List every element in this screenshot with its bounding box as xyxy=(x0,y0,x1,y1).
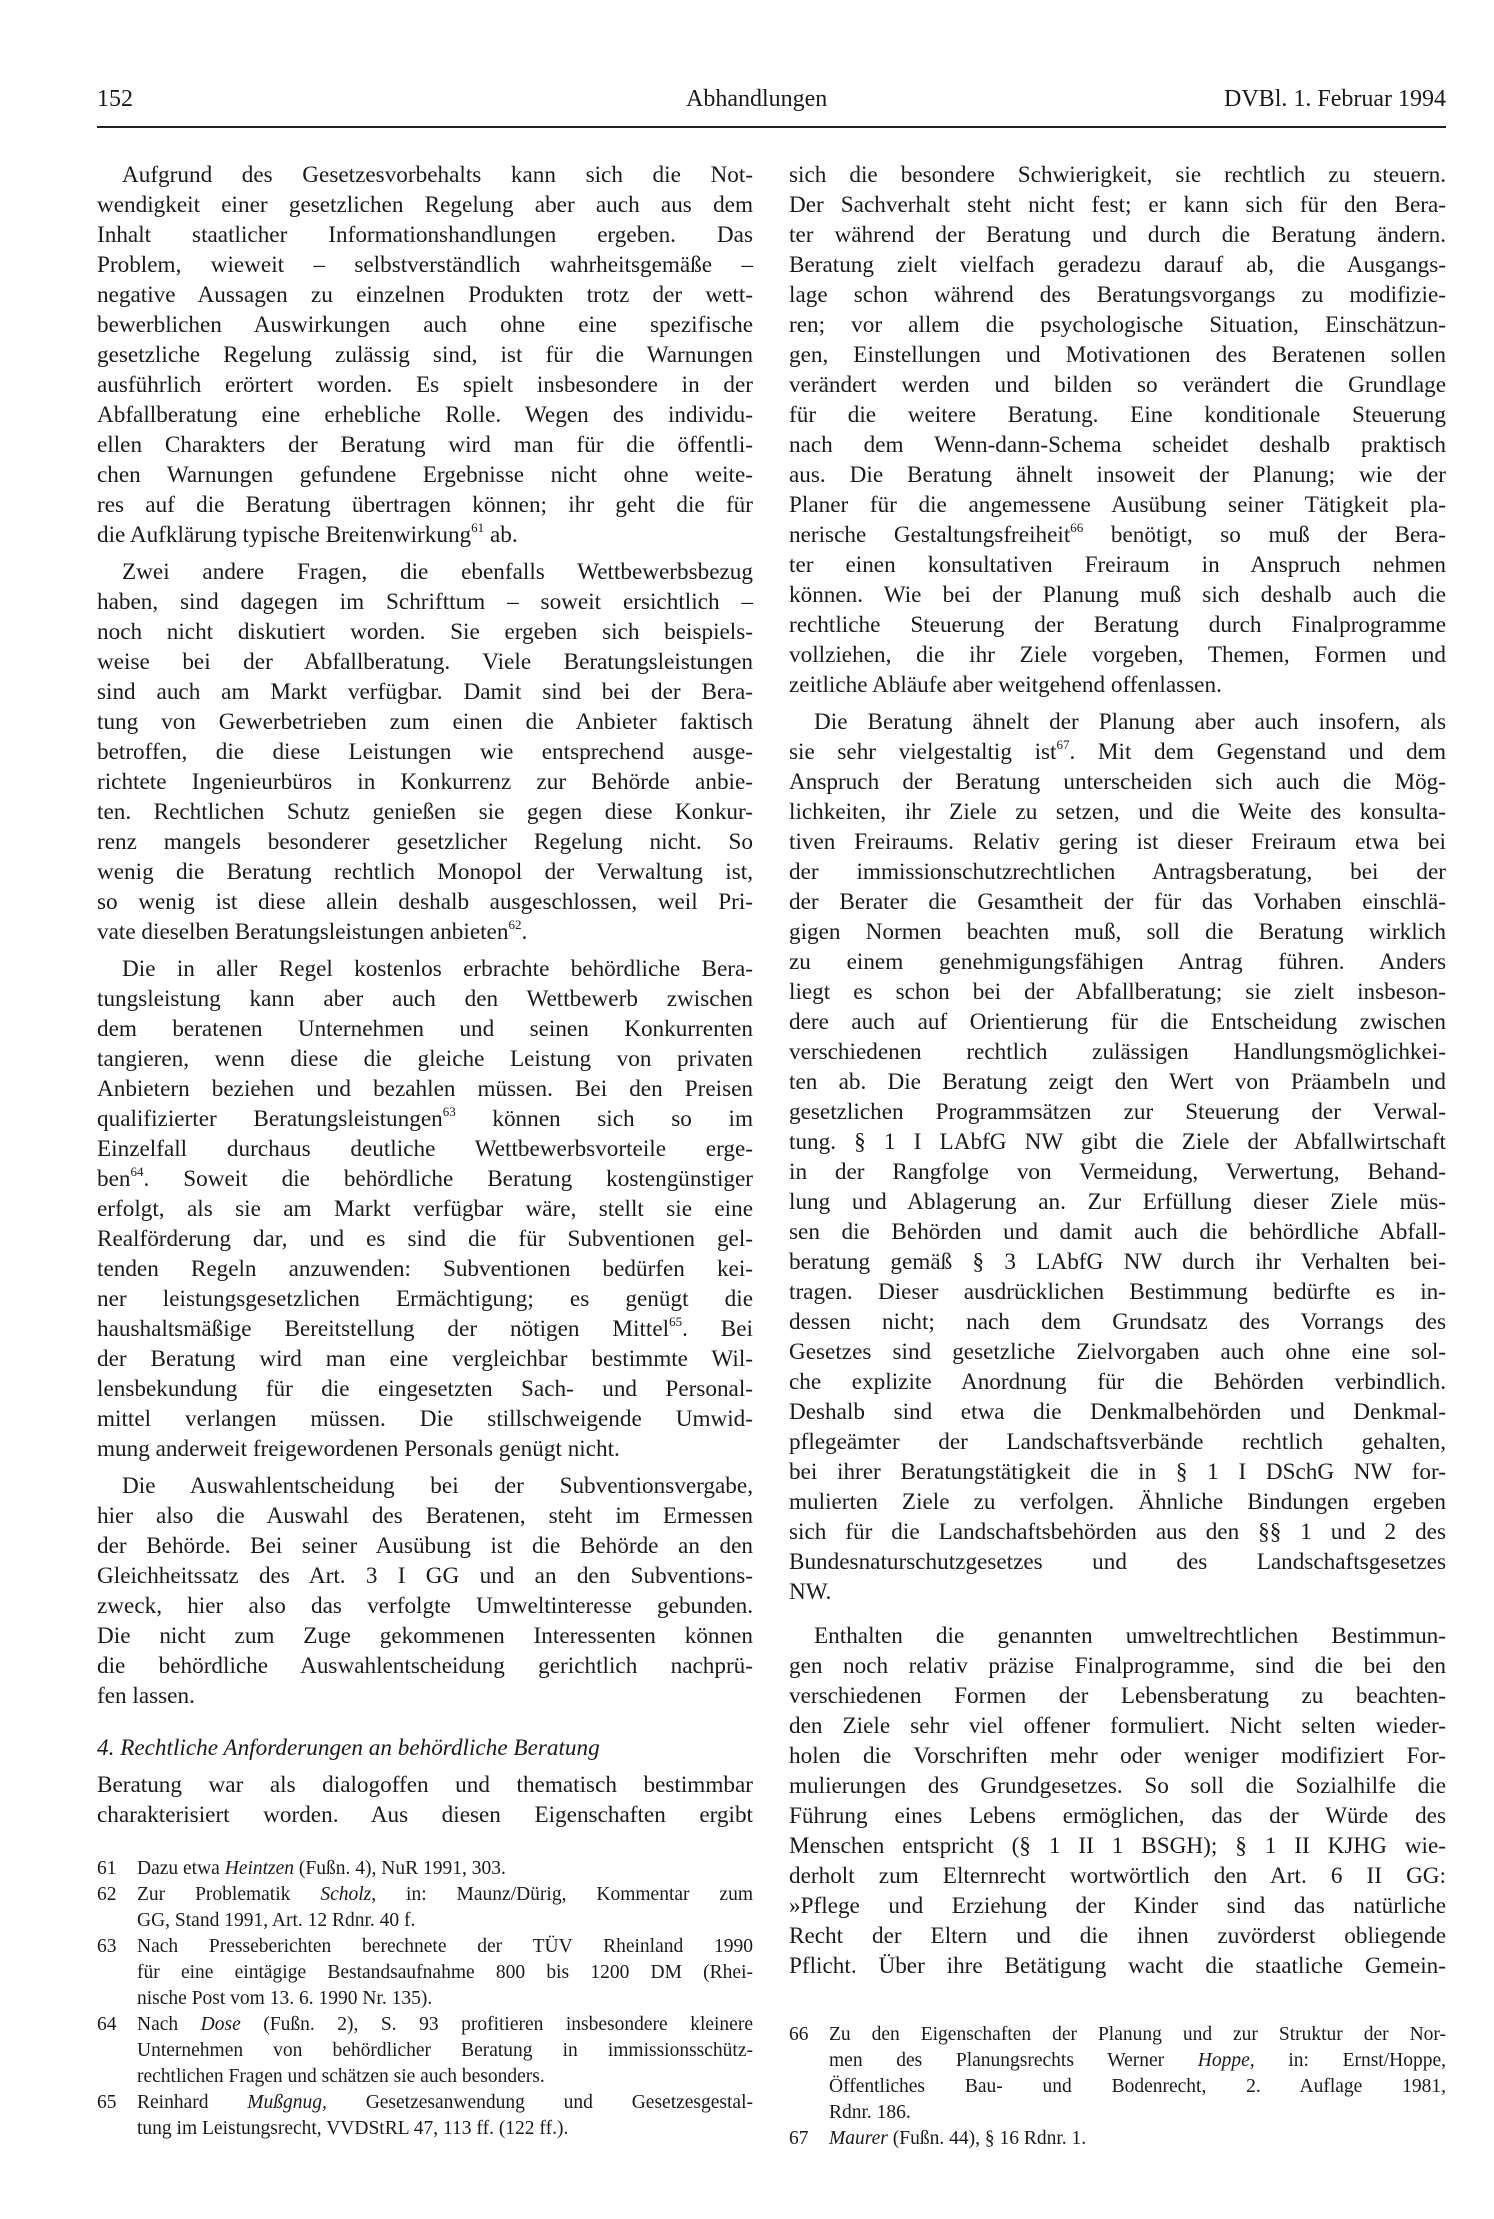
text-line: verschiedenen Formen der Lebensberatung … xyxy=(789,1681,1446,1711)
text-line: Die Auswahlentscheidung bei der Subventi… xyxy=(97,1471,753,1501)
text-line: Gleichheitssatz des Art. 3 I GG und an d… xyxy=(97,1561,753,1591)
text-line: betroffen, die diese Leistungen wie ents… xyxy=(97,737,753,767)
heading-text: 4. Rechtliche Anforderungen an behördlic… xyxy=(97,1733,753,1763)
footnote-number: 65 xyxy=(97,2090,117,2116)
section-heading: 4. Rechtliche Anforderungen an behördlic… xyxy=(97,1733,753,1763)
text-line: gigen Normen beachten muß, soll die Bera… xyxy=(789,917,1446,947)
text-line: mung anderweit freigewordenen Personals … xyxy=(97,1434,753,1464)
text-line: pflegeämter der Landschaftsverbände rech… xyxy=(789,1427,1446,1457)
text-line: ter während der Beratung und durch die B… xyxy=(789,220,1446,250)
footnote-line: Rdnr. 186. xyxy=(829,2100,1446,2126)
text-line: holen die Vorschriften mehr oder weniger… xyxy=(789,1741,1446,1771)
text-line: erfolgt, als sie am Markt verfügbar wäre… xyxy=(97,1194,753,1224)
text-segment: nerische Gestaltungsfreiheit xyxy=(789,522,1070,548)
text-line: renz mangels besonderer gesetzlicher Reg… xyxy=(97,827,753,857)
text-line: tung. § 1 I LAbfG NW gibt die Ziele der … xyxy=(789,1127,1446,1157)
text-line: derholt zum Elternrecht wortwörtlich den… xyxy=(789,1861,1446,1891)
text-line: Planer für die angemessene Ausübung sein… xyxy=(789,490,1446,520)
footnote-ref[interactable]: 61 xyxy=(471,520,484,535)
text-segment: benötigt, so muß der Bera- xyxy=(1111,522,1446,548)
text-line: Realförderung dar, und es sind die für S… xyxy=(97,1224,753,1254)
text-line: lichkeiten, ihr Ziele zu setzen, und die… xyxy=(789,797,1446,827)
footnote-ref[interactable]: 63 xyxy=(443,1104,456,1119)
text-line: »Pflege und Erziehung der Kinder sind da… xyxy=(789,1891,1446,1921)
text-line: lage schon während des Beratungsvorgangs… xyxy=(789,280,1446,310)
text-line: nerische Gestaltungsfreiheit66 benötigt,… xyxy=(789,520,1446,550)
footnote-line: rechtlichen Fragen und schätzen sie auch… xyxy=(137,2064,753,2090)
text-line: vollziehen, die ihr Ziele vorgeben, Them… xyxy=(789,640,1446,670)
text-line: mulierten Ziele zu verfolgen. Ähnliche B… xyxy=(789,1487,1446,1517)
text-line: Bundesnaturschutzgesetzes und des Landsc… xyxy=(789,1547,1446,1577)
text-segment: qualifizierter Beratungsleistungen xyxy=(97,1106,443,1132)
text-line: Die nicht zum Zuge gekommenen Interessen… xyxy=(97,1621,753,1651)
text-line: sich die besondere Schwierigkeit, sie re… xyxy=(789,160,1446,190)
text-segment: ab. xyxy=(490,522,518,548)
text-line: zu einem genehmigungsfähigen Antrag führ… xyxy=(789,947,1446,977)
text-line: so wenig ist diese allein deshalb ausges… xyxy=(97,887,753,917)
text-line: verschiedenen rechtlich zulässigen Handl… xyxy=(789,1037,1446,1067)
footnote-line: Nach Presseberichten berechnete der TÜV … xyxy=(137,1934,753,1960)
footnotes-left: 61Dazu etwa Heintzen (Fußn. 4), NuR 1991… xyxy=(97,1856,753,2142)
footnote-line: für eine eintägige Bestandsaufnahme 800 … xyxy=(137,1960,753,1986)
text-line: Deshalb sind etwa die Denkmalbehörden un… xyxy=(789,1397,1446,1427)
text-line: Beratung war als dialogoffen und themati… xyxy=(97,1770,753,1800)
paragraph: sich die besondere Schwierigkeit, sie re… xyxy=(789,160,1446,700)
footnote-line: Nach Dose (Fußn. 2), S. 93 profitieren i… xyxy=(137,2012,753,2038)
author-name: Maurer xyxy=(829,2128,888,2149)
text-line: lensbekundung für die eingesetzten Sach-… xyxy=(97,1374,753,1404)
text-line: gesetzlichen Programmsätzen zur Steuerun… xyxy=(789,1097,1446,1127)
text-line: zweck, hier also das verfolgte Umweltint… xyxy=(97,1591,753,1621)
footnotes-right: 66Zu den Eigenschaften der Planung und z… xyxy=(789,2022,1446,2152)
author-name: Mußgnug, xyxy=(247,2092,327,2113)
paragraph: Die Beratung ähnelt der Planung aber auc… xyxy=(789,707,1446,1607)
footnote-ref[interactable]: 64 xyxy=(130,1164,143,1179)
text-line: NW. xyxy=(789,1577,1446,1607)
text-line: noch nicht diskutiert worden. Sie ergebe… xyxy=(97,617,753,647)
footnote-line: Dazu etwa Heintzen (Fußn. 4), NuR 1991, … xyxy=(137,1856,753,1882)
text-line: tiven Freiraums. Relativ gering ist dies… xyxy=(789,827,1446,857)
text-line: den Ziele sehr viel offener formuliert. … xyxy=(789,1711,1446,1741)
footnote-line: Maurer (Fußn. 44), § 16 Rdnr. 1. xyxy=(829,2126,1446,2152)
text-line: ter einen konsultativen Freiraum in Ansp… xyxy=(789,550,1446,580)
text-line: nach dem Wenn-dann-Schema scheidet desha… xyxy=(789,430,1446,460)
author-name: Hoppe, xyxy=(1198,2050,1255,2071)
paragraph: Die Auswahlentscheidung bei der Subventi… xyxy=(97,1471,753,1711)
text-line: wenig die Beratung rechtlich Monopol der… xyxy=(97,857,753,887)
author-name: Scholz, xyxy=(320,1884,376,1905)
text-line: ren; vor allem die psychologische Situat… xyxy=(789,310,1446,340)
left-column: Aufgrund des Gesetzesvorbehalts kann sic… xyxy=(97,160,753,1837)
text-line: ben64. Soweit die behördliche Beratung k… xyxy=(97,1164,753,1194)
text-segment: . Bei xyxy=(682,1316,753,1342)
author-name: Dose xyxy=(201,2014,241,2035)
footnote-number: 64 xyxy=(97,2012,117,2038)
right-column: sich die besondere Schwierigkeit, sie re… xyxy=(789,160,1446,1988)
paragraph: Aufgrund des Gesetzesvorbehalts kann sic… xyxy=(97,160,753,550)
footnote-line: GG, Stand 1991, Art. 12 Rdnr. 40 f. xyxy=(137,1908,753,1934)
text-line: chen Warnungen gefundene Ergebnisse nich… xyxy=(97,460,753,490)
text-line: ten. Rechtlichen Schutz genießen sie geg… xyxy=(97,797,753,827)
text-line: aus. Die Beratung ähnelt insoweit der Pl… xyxy=(789,460,1446,490)
text-line: Pflicht. Über ihre Betätigung wacht die … xyxy=(789,1951,1446,1981)
text-segment: vate dieselben Beratungsleistungen anbie… xyxy=(97,919,508,945)
section-title: Abhandlungen xyxy=(686,84,827,114)
text-line: res auf die Beratung übertragen können; … xyxy=(97,490,753,520)
text-line: dere auch auf Orientierung für die Entsc… xyxy=(789,1007,1446,1037)
text-line: tangieren, wenn diese die gleiche Leistu… xyxy=(97,1044,753,1074)
footnote-line: Zu den Eigenschaften der Planung und zur… xyxy=(829,2022,1446,2048)
text-line: haushaltsmäßige Bereitstellung der nötig… xyxy=(97,1314,753,1344)
text-line: Zwei andere Fragen, die ebenfalls Wettbe… xyxy=(97,557,753,587)
text-line: verändert werden und bilden so verändert… xyxy=(789,370,1446,400)
text-line: Aufgrund des Gesetzesvorbehalts kann sic… xyxy=(97,160,753,190)
paragraph: Die in aller Regel kostenlos erbrachte b… xyxy=(97,954,753,1464)
footnote-number: 62 xyxy=(97,1882,117,1908)
text-line: Inhalt staatlicher Informationshandlunge… xyxy=(97,220,753,250)
text-line: sen die Behörden und damit auch die behö… xyxy=(789,1217,1446,1247)
text-line: ten ab. Die Beratung zeigt den Wert von … xyxy=(789,1067,1446,1097)
text-line: beratung gemäß § 3 LAbfG NW durch ihr Ve… xyxy=(789,1247,1446,1277)
footnote: 66Zu den Eigenschaften der Planung und z… xyxy=(789,2022,1446,2126)
text-line: richtete Ingenieurbüros in Konkurrenz zu… xyxy=(97,767,753,797)
text-line: haben, sind dagegen im Schrifttum – sowe… xyxy=(97,587,753,617)
text-line: hier also die Auswahl des Beratenen, ste… xyxy=(97,1501,753,1531)
text-line: che explizite Anordnung für die Behörden… xyxy=(789,1367,1446,1397)
text-line: für die weitere Beratung. Eine kondition… xyxy=(789,400,1446,430)
text-segment: . Mit dem Gegenstand und dem xyxy=(1070,739,1447,765)
text-line: weise bei der Abfallberatung. Viele Bera… xyxy=(97,647,753,677)
footnote-line: Unternehmen von behördlicher Beratung in… xyxy=(137,2038,753,2064)
text-line: der Behörde. Bei seiner Ausübung ist die… xyxy=(97,1531,753,1561)
text-line: wendigkeit einer gesetzlichen Regelung a… xyxy=(97,190,753,220)
footnote: 65Reinhard Mußgnug, Gesetzesanwendung un… xyxy=(97,2090,753,2142)
footnote-line: Öffentliches Bau- und Bodenrecht, 2. Auf… xyxy=(829,2074,1446,2100)
text-line: der Berater die Gesamtheit der für das V… xyxy=(789,887,1446,917)
text-line: Enthalten die genannten umweltrechtliche… xyxy=(789,1621,1446,1651)
paragraph: Zwei andere Fragen, die ebenfalls Wettbe… xyxy=(97,557,753,947)
text-line: tenden Regeln anzuwenden: Subventionen b… xyxy=(97,1254,753,1284)
footnote-number: 67 xyxy=(789,2126,809,2152)
text-line: sind auch am Markt verfügbar. Damit sind… xyxy=(97,677,753,707)
footnote: 67Maurer (Fußn. 44), § 16 Rdnr. 1. xyxy=(789,2126,1446,2152)
text-line: die Aufklärung typische Breitenwirkung61… xyxy=(97,520,753,550)
text-segment: ben xyxy=(97,1166,130,1192)
text-line: zeitliche Abläufe aber weitgehend offenl… xyxy=(789,670,1446,700)
text-segment: . Soweit die behördliche Beratung kosten… xyxy=(143,1166,753,1192)
text-line: dem beratenen Unternehmen und seinen Kon… xyxy=(97,1014,753,1044)
author-name: Heintzen xyxy=(225,1858,294,1879)
text-line: Die Beratung ähnelt der Planung aber auc… xyxy=(789,707,1446,737)
text-line: rechtliche Steuerung der Beratung durch … xyxy=(789,610,1446,640)
text-line: Anspruch der Beratung unterscheiden sich… xyxy=(789,767,1446,797)
text-line: Anbietern beziehen und bezahlen müssen. … xyxy=(97,1074,753,1104)
text-line: Gesetzes sind gesetzliche Zielvorgaben a… xyxy=(789,1337,1446,1367)
text-line: bewerblichen Auswirkungen auch ohne eine… xyxy=(97,310,753,340)
paragraph: Beratung war als dialogoffen und themati… xyxy=(97,1770,753,1830)
footnote-number: 66 xyxy=(789,2022,809,2048)
text-line: gen, Einstellungen und Motivationen des … xyxy=(789,340,1446,370)
footnote-line: tung im Leistungsrecht, VVDStRL 47, 113 … xyxy=(137,2116,753,2142)
text-line: ausführlich erörtert worden. Es spielt i… xyxy=(97,370,753,400)
footnote-ref[interactable]: 66 xyxy=(1070,520,1083,535)
footnote: 62Zur Problematik Scholz, in: Maunz/Düri… xyxy=(97,1882,753,1934)
text-line: tungsleistung kann aber auch den Wettbew… xyxy=(97,984,753,1014)
text-line: Problem, wieweit – selbstverständlich wa… xyxy=(97,250,753,280)
text-segment: . xyxy=(521,919,527,945)
footnote: 61Dazu etwa Heintzen (Fußn. 4), NuR 1991… xyxy=(97,1856,753,1882)
footnote-ref[interactable]: 65 xyxy=(669,1314,682,1329)
text-line: Menschen entspricht (§ 1 II 1 BSGH); § 1… xyxy=(789,1831,1446,1861)
text-segment: sie sehr vielgestaltig ist xyxy=(789,739,1057,765)
text-line: qualifizierter Beratungsleistungen63 kön… xyxy=(97,1104,753,1134)
text-line: Recht der Eltern und die ihnen zuvörders… xyxy=(789,1921,1446,1951)
footnote-line: Zur Problematik Scholz, in: Maunz/Dürig,… xyxy=(137,1882,753,1908)
footnote-line: men des Planungsrechts Werner Hoppe, in:… xyxy=(829,2048,1446,2074)
text-line: liegt es schon bei der Abfallberatung; s… xyxy=(789,977,1446,1007)
text-segment: können sich so im xyxy=(492,1106,753,1132)
text-line: gesetzliche Regelung zulässig sind, ist … xyxy=(97,340,753,370)
text-line: charakterisiert worden. Aus diesen Eigen… xyxy=(97,1800,753,1830)
text-line: tung von Gewerbetrieben zum einen die An… xyxy=(97,707,753,737)
footnote-ref[interactable]: 67 xyxy=(1057,737,1070,752)
footnote-line: Reinhard Mußgnug, Gesetzesanwendung und … xyxy=(137,2090,753,2116)
text-line: gen noch relativ präzise Finalprogramme,… xyxy=(789,1651,1446,1681)
text-line: sie sehr vielgestaltig ist67. Mit dem Ge… xyxy=(789,737,1446,767)
paragraph: Enthalten die genannten umweltrechtliche… xyxy=(789,1621,1446,1981)
text-line: Beratung zielt vielfach geradezu darauf … xyxy=(789,250,1446,280)
text-line: negative Aussagen zu einzelnen Produkten… xyxy=(97,280,753,310)
text-line: der Beratung wird man eine vergleichbar … xyxy=(97,1344,753,1374)
journal-date: DVBl. 1. Februar 1994 xyxy=(1224,84,1446,114)
text-segment: haushaltsmäßige Bereitstellung der nötig… xyxy=(97,1316,669,1342)
text-line: Der Sachverhalt steht nicht fest; er kan… xyxy=(789,190,1446,220)
text-line: vate dieselben Beratungsleistungen anbie… xyxy=(97,917,753,947)
text-line: Einzelfall durchaus deutliche Wettbewerb… xyxy=(97,1134,753,1164)
text-line: Führung eines Lebens ermöglichen, das de… xyxy=(789,1801,1446,1831)
page-number: 152 xyxy=(97,84,133,114)
text-line: fen lassen. xyxy=(97,1681,753,1711)
text-segment: die Aufklärung typische Breitenwirkung xyxy=(97,522,471,548)
text-line: können. Wie bei der Planung muß sich des… xyxy=(789,580,1446,610)
text-line: dessen nicht; nach dem Grundsatz des Vor… xyxy=(789,1307,1446,1337)
footnote-number: 63 xyxy=(97,1934,117,1960)
text-line: bei ihrer Beratungstätigkeit die in § 1 … xyxy=(789,1457,1446,1487)
text-line: ellen Charakters der Beratung wird man f… xyxy=(97,430,753,460)
text-line: der immissionschutzrechtlichen Antragsbe… xyxy=(789,857,1446,887)
text-line: sich für die Landschaftsbehörden aus den… xyxy=(789,1517,1446,1547)
text-line: lung und Ablagerung an. Zur Erfüllung di… xyxy=(789,1187,1446,1217)
text-line: Die in aller Regel kostenlos erbrachte b… xyxy=(97,954,753,984)
footnote: 64Nach Dose (Fußn. 2), S. 93 profitieren… xyxy=(97,2012,753,2090)
text-line: Abfallberatung eine erhebliche Rolle. We… xyxy=(97,400,753,430)
text-line: die behördliche Auswahlentscheidung geri… xyxy=(97,1651,753,1681)
text-line: tragen. Dieser ausdrücklichen Bestimmung… xyxy=(789,1277,1446,1307)
footnote-number: 61 xyxy=(97,1856,117,1882)
header-rule xyxy=(97,126,1446,128)
footnote: 63Nach Presseberichten berechnete der TÜ… xyxy=(97,1934,753,2012)
text-line: mittel verlangen müssen. Die stillschwei… xyxy=(97,1404,753,1434)
text-line: ner leistungsgesetzlichen Ermächtigung; … xyxy=(97,1284,753,1314)
text-line: in der Rangfolge von Vermeidung, Verwert… xyxy=(789,1157,1446,1187)
footnote-ref[interactable]: 62 xyxy=(508,917,521,932)
text-line: mulierungen des Grundgesetzes. So soll d… xyxy=(789,1771,1446,1801)
footnote-line: nische Post vom 13. 6. 1990 Nr. 135). xyxy=(137,1986,753,2012)
